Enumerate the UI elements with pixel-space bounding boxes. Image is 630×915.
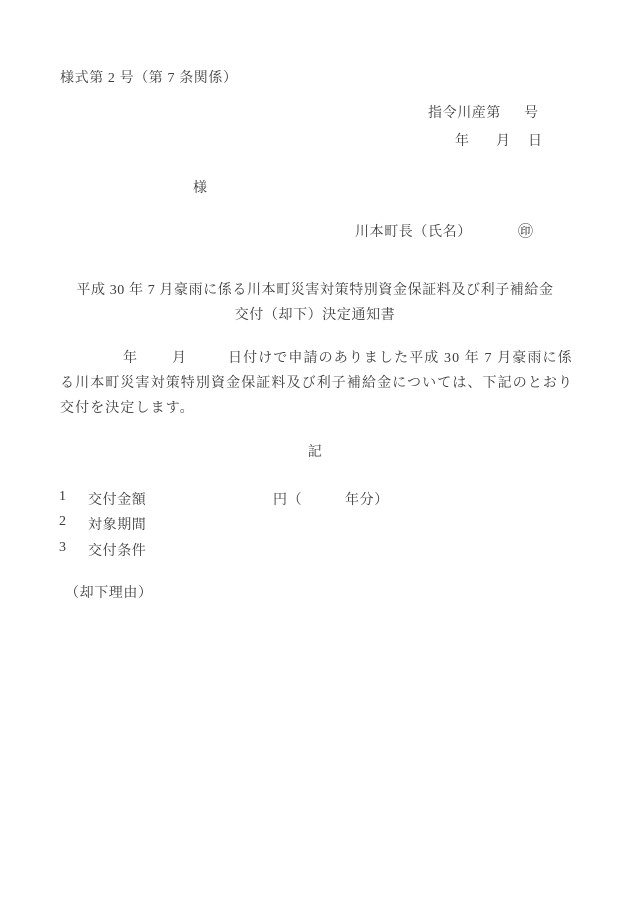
- body-month-label: 月: [172, 347, 187, 367]
- date-year-label: 年: [455, 130, 470, 150]
- body-line2: る川本町災害対策特別資金保証料及び利子補給金については、下記のとおり: [60, 372, 573, 392]
- date-day-label: 日: [528, 130, 543, 150]
- body-year-label: 年: [123, 347, 138, 367]
- item1-label: 交付金額: [88, 489, 146, 509]
- directive-number-prefix: 指令川産第: [428, 102, 501, 122]
- directive-number-suffix: 号: [524, 102, 539, 122]
- item1-unit-close: 年分）: [345, 489, 389, 509]
- body-line1: 日付けで申請のありました平成 30 年 7 月豪雨に係: [228, 347, 573, 367]
- official-form-page: 様式第 2 号（第 7 条関係） 指令川産第 号 年 月 日 様 川本町長（氏名…: [0, 0, 630, 915]
- item3-label: 交付条件: [88, 540, 146, 560]
- item1-unit-open: 円（: [273, 489, 302, 509]
- seal-mark-icon: ㊞: [518, 220, 533, 241]
- addressee-honorific: 様: [193, 177, 208, 197]
- item2-number: 2: [59, 514, 66, 530]
- document-title-line2: 交付（却下）決定通知書: [0, 304, 630, 324]
- body-line3: 交付を決定します。: [60, 397, 195, 417]
- item2-label: 対象期間: [88, 514, 146, 534]
- document-title-line1: 平成 30 年 7 月豪雨に係る川本町災害対策特別資金保証料及び利子補給金: [0, 279, 630, 299]
- rejection-reason-label: （却下理由）: [65, 582, 153, 602]
- date-month-label: 月: [496, 130, 511, 150]
- item3-number: 3: [59, 540, 66, 556]
- record-marker: 記: [0, 441, 630, 461]
- item1-number: 1: [59, 489, 66, 505]
- issuer-name: 川本町長（氏名）: [355, 221, 472, 241]
- form-number: 様式第 2 号（第 7 条関係）: [60, 67, 238, 87]
